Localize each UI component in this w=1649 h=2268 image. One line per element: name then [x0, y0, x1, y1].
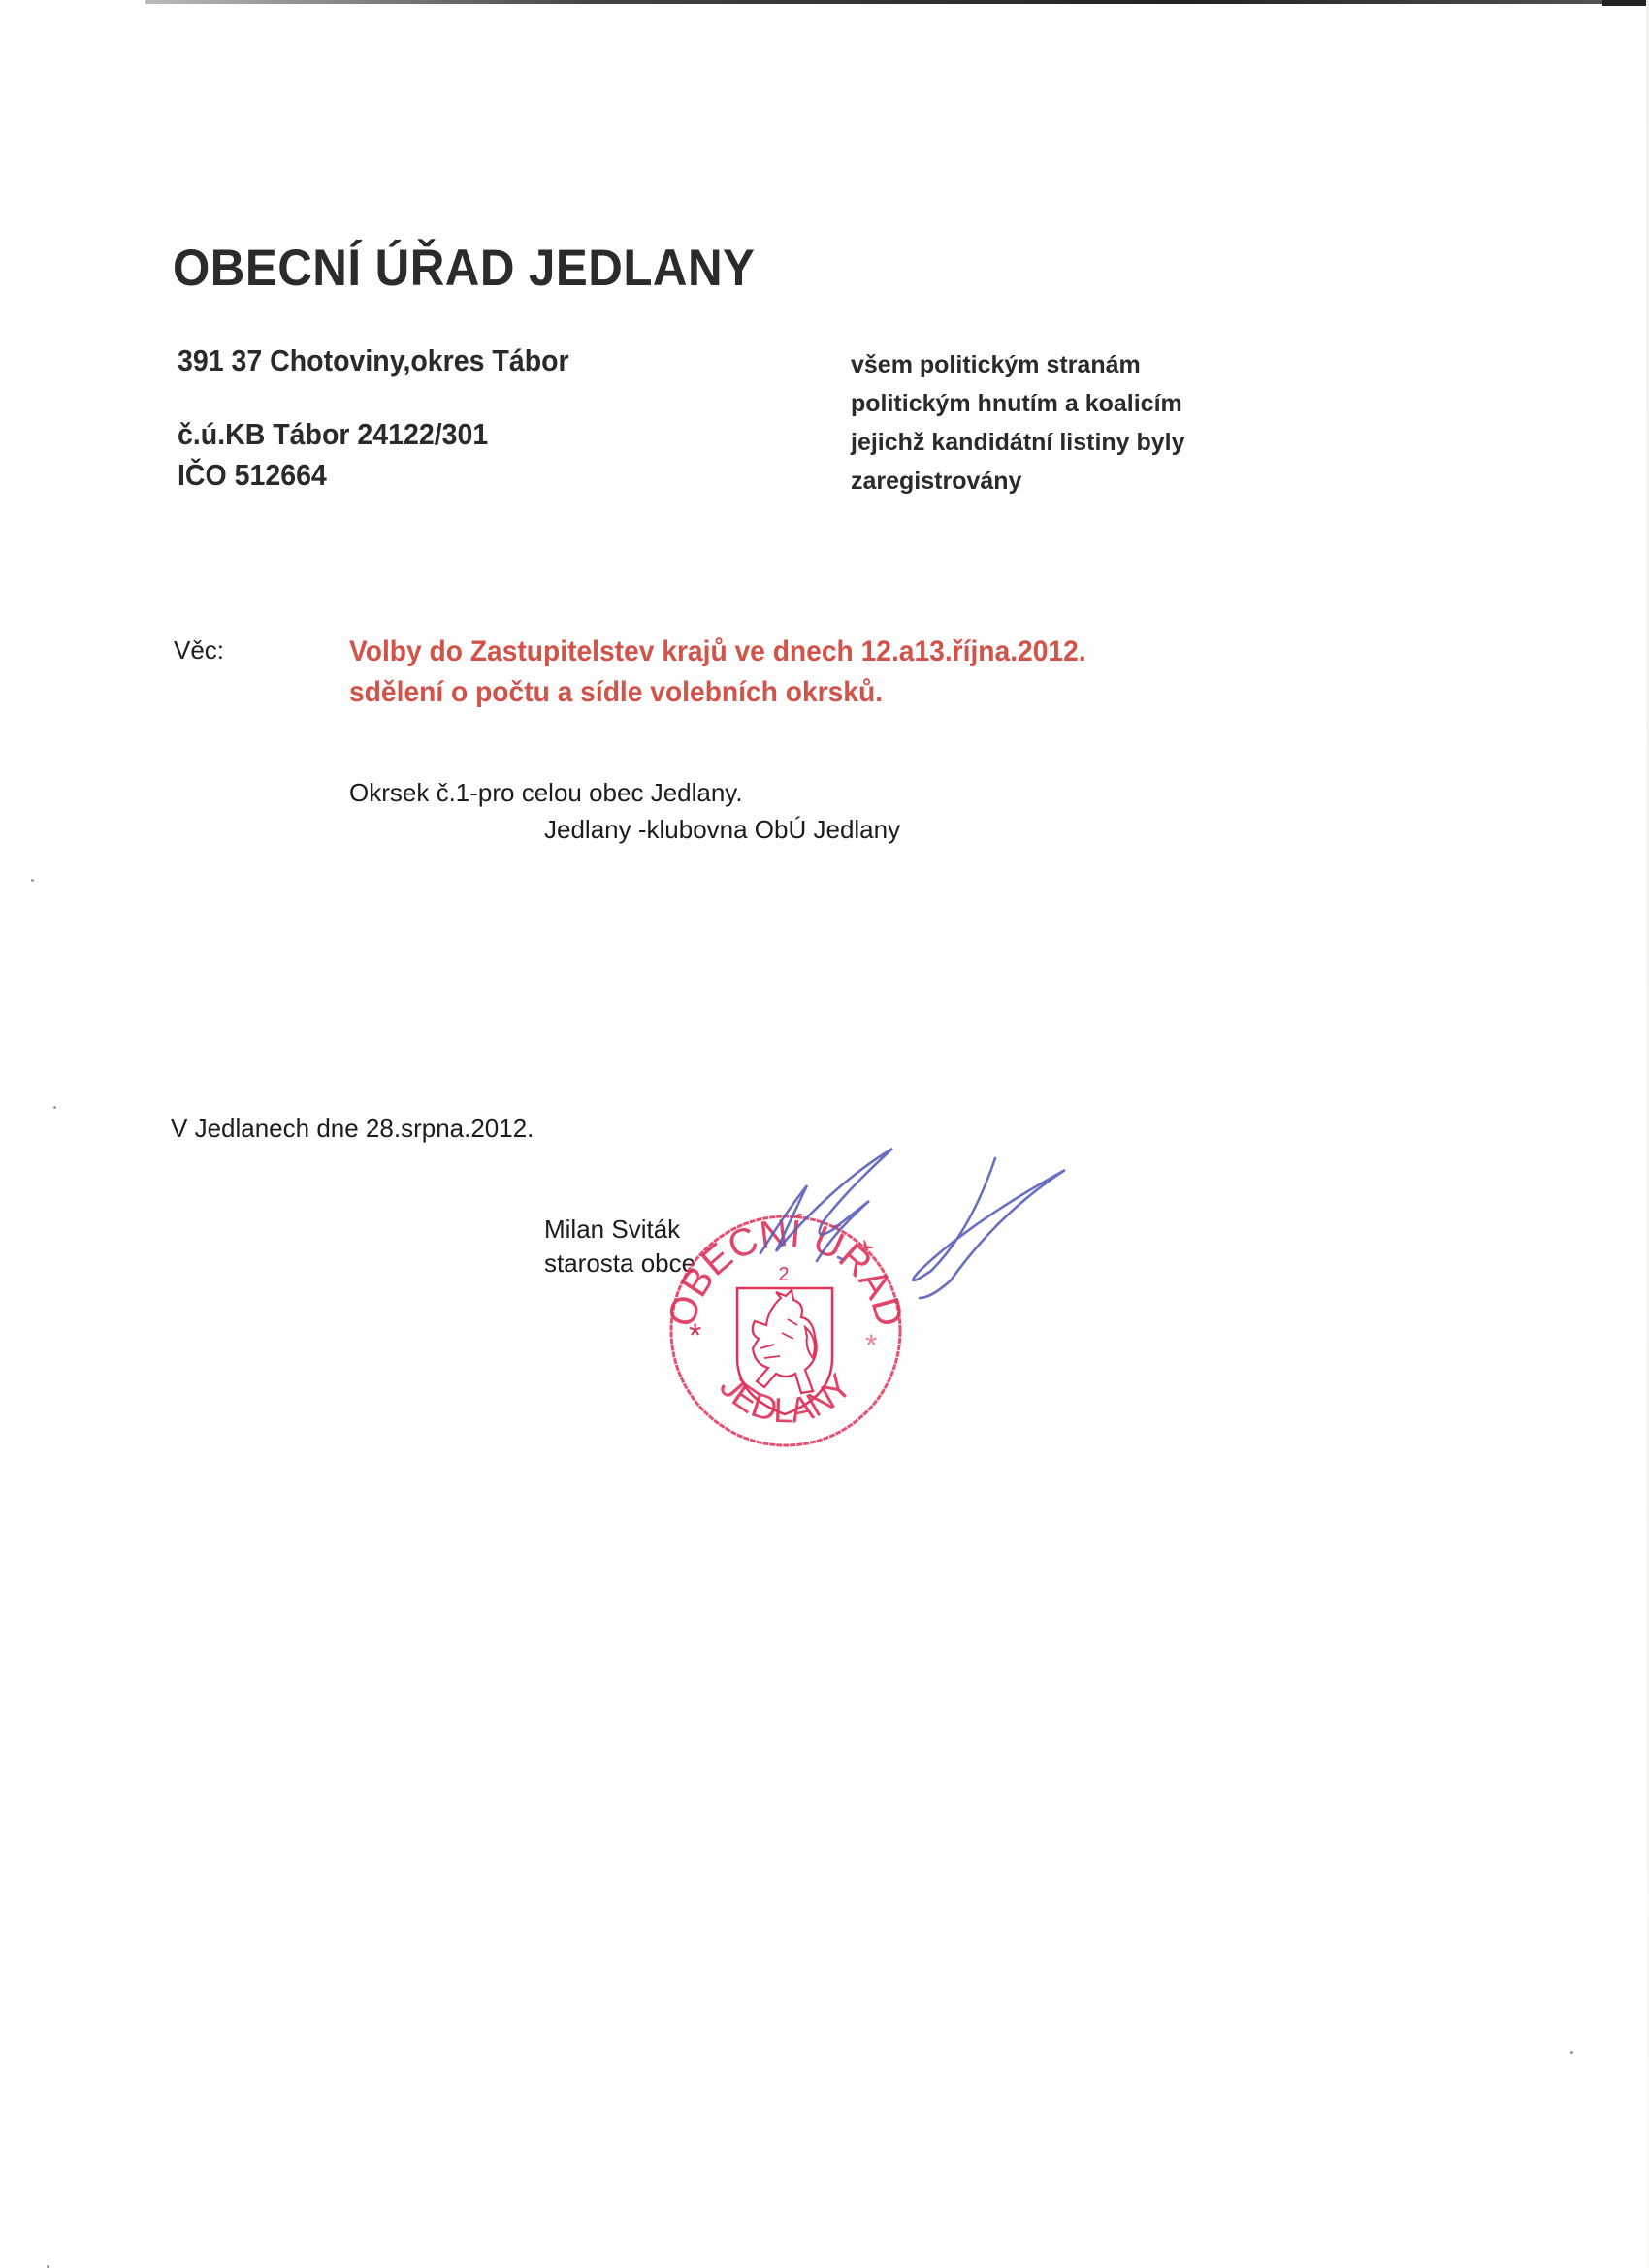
- scan-edge-top: [145, 0, 1630, 4]
- ico-line: IČO 512664: [178, 458, 327, 493]
- recipient-line: všem politickým stranám: [851, 345, 1185, 384]
- recipient-line: zaregistrovány: [851, 462, 1185, 501]
- place-date: V Jedlanech dne 28.srpna.2012.: [171, 1114, 533, 1144]
- stamp-star-left: *: [689, 1317, 701, 1354]
- recipient-line: jejichž kandidátní listiny byly: [851, 423, 1185, 462]
- handwritten-signature: [757, 1145, 1077, 1300]
- scan-speck: [31, 879, 34, 882]
- scan-speck: [1570, 2051, 1573, 2054]
- organization-title: OBECNÍ ÚŘAD JEDLANY: [173, 239, 755, 298]
- scan-edge-corner: [1602, 0, 1649, 6]
- stamp-star-right: *: [865, 1328, 877, 1363]
- bank-account-line: č.ú.KB Tábor 24122/301: [178, 417, 488, 452]
- address-line: 391 37 Chotoviny,okres Tábor: [178, 343, 569, 378]
- subject-text: Volby do Zastupitelstev krajů ve dnech 1…: [349, 632, 1086, 713]
- district-location: Jedlany -klubovna ObÚ Jedlany: [544, 815, 900, 845]
- scan-speck: [53, 1106, 56, 1109]
- subject-label: Věc:: [174, 635, 224, 665]
- subject-line: Volby do Zastupitelstev krajů ve dnech 1…: [349, 632, 1086, 672]
- subject-line: sdělení o počtu a sídle volebních okrsků…: [349, 672, 1086, 713]
- recipients-block: všem politickým stranám politickým hnutí…: [851, 345, 1185, 501]
- recipient-line: politickým hnutím a koalicím: [851, 384, 1185, 423]
- district-line: Okrsek č.1-pro celou obec Jedlany.: [349, 778, 743, 808]
